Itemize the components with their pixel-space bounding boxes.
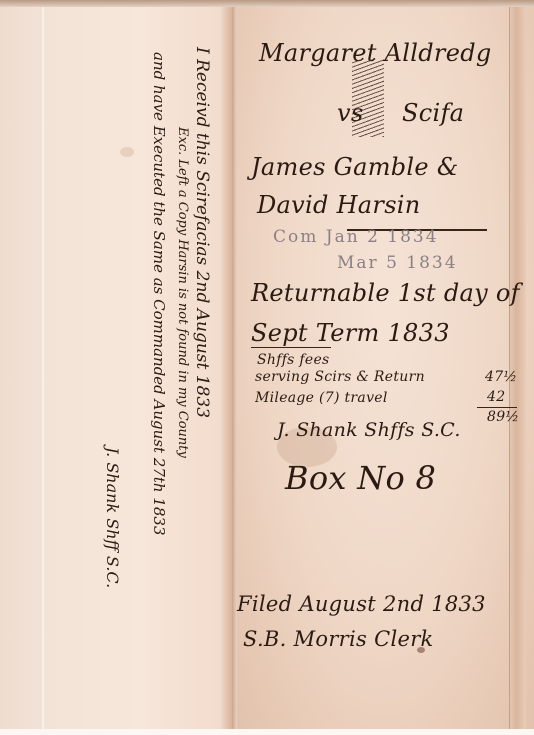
return-line-1: I Receivd this Scirefacias 2nd August 18…: [192, 47, 212, 418]
returnable-line-1: Returnable 1st day of: [251, 279, 520, 307]
fee-total-rule: [477, 407, 517, 408]
case-type: Scifa: [402, 99, 464, 127]
filed-date: Filed August 2nd 1833: [237, 592, 486, 616]
fees-header: Shffs fees: [257, 352, 330, 368]
ink-blot: [120, 147, 134, 157]
pencil-note-1: Com Jan 2 1834: [273, 227, 439, 247]
defendant-1: James Gamble &: [251, 153, 459, 181]
term-underline: [251, 347, 331, 348]
scan-top-edge: [0, 0, 534, 7]
return-line-3: and have Executed the Same as Commanded …: [150, 52, 168, 536]
returnable-line-2: Sept Term 1833: [251, 319, 450, 347]
left-panel-return: I Receivd this Scirefacias 2nd August 18…: [0, 7, 232, 729]
right-panel-cover: Margaret Alldredg vs Scifa James Gamble …: [237, 7, 534, 729]
right-fold-edge: [509, 7, 526, 729]
sheriff-signature: J. Shank Shffs S.C.: [277, 419, 461, 441]
fee-item-label-2: Mileage (7) travel: [255, 390, 388, 406]
box-number: Box No 8: [285, 459, 436, 497]
return-line-2: Exc. Left a Copy Harsin is not found in …: [175, 127, 190, 458]
defendant-2: David Harsin: [257, 191, 421, 219]
clerk-signature: S.B. Morris Clerk: [243, 627, 434, 651]
fee-item-label-1: serving Scirs & Return: [255, 369, 425, 385]
panel-edge-shadow: [220, 7, 232, 729]
fee-item-amount-2: 42: [487, 389, 505, 405]
return-signature: J. Shank Shff S.C.: [103, 447, 122, 588]
versus-label: vs: [337, 99, 363, 127]
fold-line: [42, 7, 44, 729]
fee-total: 89½: [487, 409, 519, 425]
fee-item-amount-1: 47½: [485, 369, 517, 385]
pencil-note-2: Mar 5 1834: [337, 253, 458, 273]
scan-bottom-edge: [0, 729, 534, 735]
